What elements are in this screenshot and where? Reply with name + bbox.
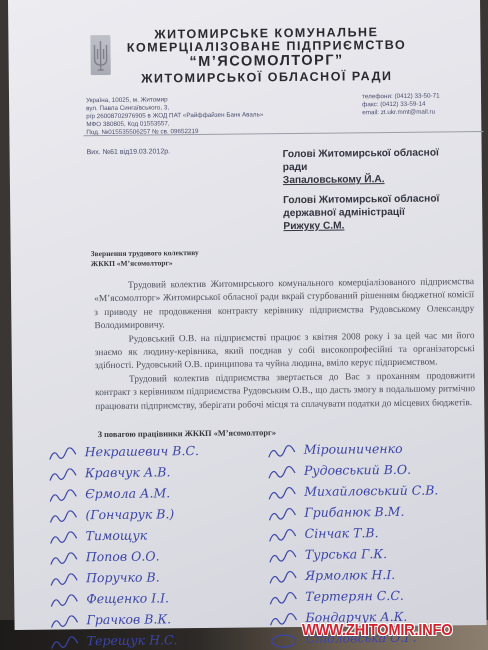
signature-scribble-icon — [49, 467, 77, 481]
signature-entry: (Гончарук В.) — [49, 503, 199, 526]
signature-entry: Єрмола А.М. — [49, 482, 199, 505]
signature-scribble-icon — [50, 530, 78, 544]
letter-subject: Звернення трудового колективу ЖККП «М’яс… — [91, 248, 199, 269]
signature-scribble-icon — [269, 570, 297, 584]
signature-entry: Кравчук А.В. — [49, 461, 199, 484]
signature-scribble-icon — [268, 444, 296, 458]
signature-name: Поручко В. — [86, 569, 160, 585]
signature-scribble-icon — [50, 551, 78, 565]
signature-scribble-icon — [49, 509, 77, 523]
org-title-line4: ЖИТОМИРСЬКОЇ ОБЛАСНОЇ РАДИ — [117, 69, 417, 86]
signature-name: Попов О.О. — [86, 548, 160, 564]
signature-entry: Тимощук — [50, 524, 200, 547]
signature-name: Єрмола А.М. — [85, 485, 170, 501]
signature-scribble-icon — [49, 488, 77, 502]
signature-name: Тимощук — [86, 528, 148, 544]
signature-name: Терещук Н.С. — [87, 632, 178, 648]
signature-name: Некрашевич В.С. — [85, 443, 199, 459]
site-watermark: WWW.ZHITOMIR.INFO — [302, 622, 452, 640]
recipient-name: Рижуку С.М. — [283, 218, 439, 233]
signature-name: Рудовський В.О. — [304, 462, 411, 478]
signatures-left-column: Некрашевич В.С. Кравчук А.В. Єрмола А.М.… — [49, 440, 201, 650]
signature-entry: Поручко В. — [50, 566, 200, 589]
signature-entry: Михайловський С.В. — [268, 480, 438, 503]
body-paragraph: Трудовий колектив підприємства звертаєть… — [95, 370, 475, 414]
signature-entry: Грибанюк В.М. — [268, 501, 438, 524]
signature-name: Грибанюк В.М. — [304, 504, 404, 520]
letter-body: Трудовий колектив Житомирського комуналь… — [94, 276, 475, 414]
body-paragraph: Трудовий колектив Житомирського комуналь… — [94, 276, 475, 334]
recipient-oblast-council: Голові Житомирської обласної ради Запало… — [283, 146, 440, 187]
signature-name: Ярмолюк Н.І. — [305, 567, 395, 583]
signature-entry: Ярмолюк Н.І. — [269, 564, 439, 587]
signature-scribble-icon — [268, 486, 296, 500]
outgoing-number: Вих. №61 від19.03.2012р. — [87, 148, 171, 156]
signature-name: Сінчак Т.В. — [305, 525, 379, 541]
signature-entry: Турська Г.К. — [269, 543, 439, 566]
signature-scribble-icon — [51, 635, 79, 649]
contacts-block: телефони: (0412) 33-50-71 факс: (0412) 3… — [362, 92, 440, 117]
subject-line: ЖККП «М’ясомолторг» — [91, 258, 199, 269]
organization-title: ЖИТОМИРСЬКЕ КОМУНАЛЬНЕ КОМЕРЦІАЛІЗОВАНЕ … — [116, 26, 417, 86]
signature-name: Кравчук А.В. — [85, 464, 171, 480]
signature-entry: Фещенко І.І. — [50, 587, 200, 610]
signature-name: Тертерян С.С. — [305, 588, 404, 604]
body-paragraph: Рудовський О.В. на підприємстві працює з… — [94, 330, 474, 374]
signature-scribble-icon — [50, 572, 78, 586]
trident-emblem-icon — [90, 35, 110, 75]
recipient-title: Голові Житомирської обласної — [283, 146, 439, 161]
signature-entry: Терещук Н.С. — [51, 629, 201, 650]
signature-name: Турська Г.К. — [305, 546, 387, 562]
regards-line: З повагою працівники ЖККП «М’ясомолторг» — [98, 428, 277, 439]
signature-entry: Мірошниченко — [268, 438, 438, 461]
signature-entry: Некрашевич В.С. — [49, 440, 199, 463]
signature-entry: Тертерян С.С. — [269, 585, 439, 608]
signature-scribble-icon — [269, 549, 297, 563]
signature-scribble-icon — [269, 591, 297, 605]
signature-scribble-icon — [49, 446, 77, 460]
signature-name: Грачков В.К. — [86, 611, 171, 627]
signature-entry: Попов О.О. — [50, 545, 200, 568]
signature-scribble-icon — [269, 528, 297, 542]
signature-name: Фещенко І.І. — [86, 590, 169, 606]
contact-email: email: zt.ukr.mmt@mail.ru — [362, 108, 440, 117]
signature-entry: Грачков В.К. — [50, 608, 200, 631]
signatures-right-column: Мірошниченко Рудовський В.О. Михайловськ… — [268, 438, 440, 650]
signature-scribble-icon — [50, 614, 78, 628]
signature-scribble-icon — [50, 593, 78, 607]
signature-scribble-icon — [268, 507, 296, 521]
recipient-name: Запаловському Й.А. — [283, 172, 439, 187]
letter-page: ЖИТОМИРСЬКЕ КОМУНАЛЬНЕ КОМЕРЦІАЛІЗОВАНЕ … — [8, 0, 487, 630]
recipient-title: Голові Житомирської обласної — [283, 192, 439, 207]
signature-entry: Сінчак Т.В. — [268, 522, 438, 545]
signature-name: Михайловський С.В. — [304, 483, 438, 499]
signature-scribble-icon — [268, 465, 296, 479]
address-block: Україна, 10025, м. Житомир вул. Павла Си… — [86, 95, 264, 137]
signature-stamp-icon — [270, 633, 298, 647]
signature-scribble-icon — [269, 612, 297, 626]
signature-entry: Рудовський В.О. — [268, 459, 438, 482]
subject-line: Звернення трудового колективу — [91, 248, 199, 259]
signature-name: (Гончарук В.) — [85, 506, 174, 522]
recipient-state-administration: Голові Житомирської обласної державної а… — [283, 192, 440, 233]
signature-name: Мірошниченко — [304, 441, 403, 457]
